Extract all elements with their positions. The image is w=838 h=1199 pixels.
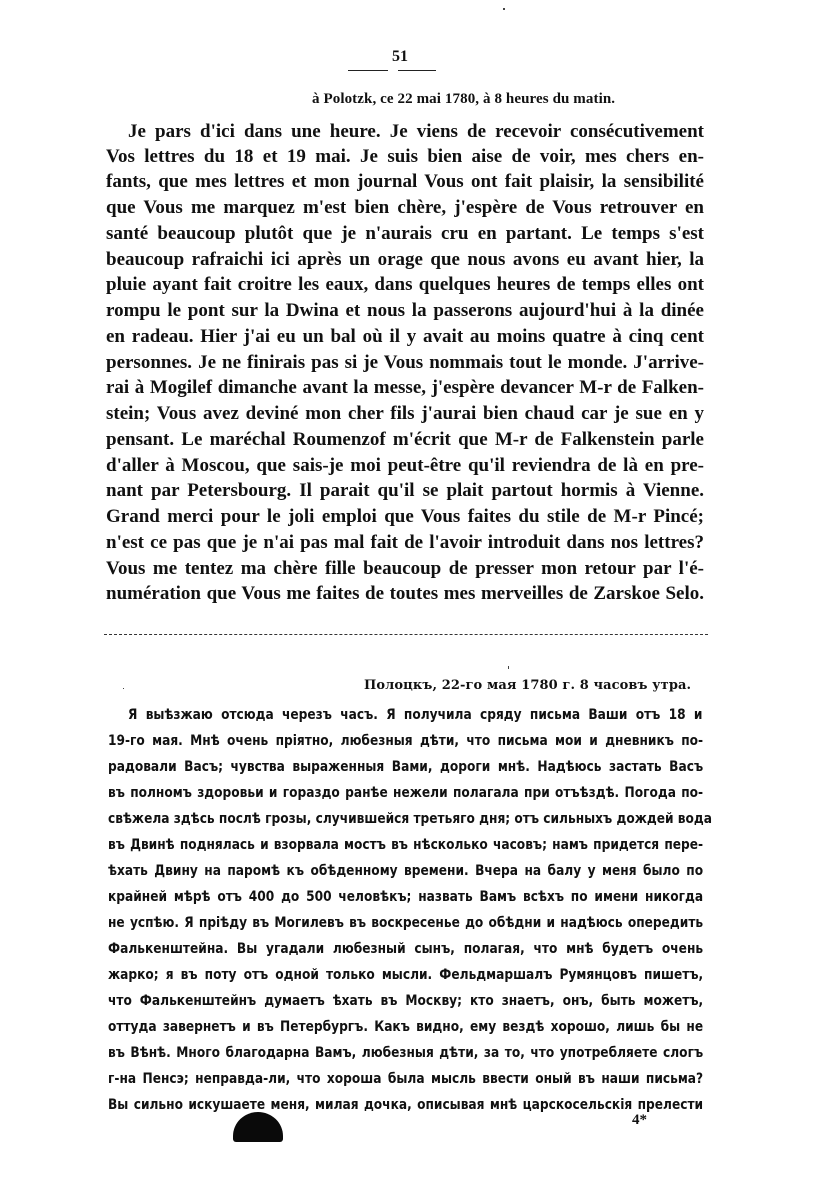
text-line: pensant. Le maréchal Roumenzof m'écrit q… — [106, 428, 704, 452]
stray-mark — [508, 666, 509, 669]
text-line: rai à Mogilef dimanche avant la messe, j… — [106, 376, 704, 400]
french-dateline: à Polotzk, ce 22 mai 1780, à 8 heures du… — [312, 91, 615, 108]
text-line: не успѣю. Я пріѣду въ Могилевъ въ воскре… — [108, 912, 703, 934]
text-line: радовали Васъ; чувства выраженныя Вами, … — [108, 756, 703, 778]
text-line: Vous me tentez ma chère fille beaucoup d… — [106, 557, 704, 581]
text-line: personnes. Je ne finirais pas si je Vous… — [106, 351, 704, 375]
text-line: en radeau. Hier j'ai eu un bal où il y a… — [106, 325, 704, 349]
text-line: que Vous me marquez m'est bien chère, j'… — [106, 196, 704, 220]
text-line: n'est ce pas que je n'ai pas mal fait de… — [106, 531, 704, 555]
text-line: въ Двинѣ поднялась и взорвала мостъ въ н… — [108, 834, 703, 856]
section-divider — [104, 634, 708, 635]
text-line: d'aller à Moscou, que sais-je moi peut-ê… — [106, 454, 704, 478]
text-line: santé beaucoup plutôt que je n'aurais cr… — [106, 222, 704, 246]
text-line: что Фалькенштейнъ думаетъ ѣхать въ Москв… — [108, 990, 703, 1012]
text-line: крайней мѣрѣ отъ 400 до 500 человѣкъ; на… — [108, 886, 703, 908]
text-line: въ полномъ здоровьи и гораздо ранѣе неже… — [108, 782, 703, 804]
text-line: Je pars d'ici dans une heure. Je viens d… — [128, 120, 704, 144]
book-page: 51 à Polotzk, ce 22 mai 1780, à 8 heures… — [0, 0, 838, 1199]
text-line: свѣжела здѣсь послѣ грозы, случившейся т… — [108, 808, 703, 830]
text-line: fants, que mes lettres et mon journal Vo… — [106, 170, 704, 194]
text-line: въ Вѣнѣ. Много благодарна Вамъ, любезныя… — [108, 1042, 703, 1064]
text-line: жарко; я въ поту отъ одной только мысли.… — [108, 964, 703, 986]
page-number-rule-right — [398, 70, 436, 71]
page-number: 51 — [370, 48, 430, 66]
text-line: pluie ayant fait croitre les eaux, dans … — [106, 273, 704, 297]
sheet-signature-mark: 4* — [632, 1112, 647, 1129]
russian-dateline: Полоцкъ, 22-го мая 1780 г. 8 часовъ утра… — [364, 678, 691, 693]
text-line: nant par Petersbourg. Il parait qu'il se… — [106, 479, 704, 503]
ink-blot — [233, 1112, 283, 1142]
text-line: Я выѣзжаю отсюда черезъ часъ. Я получила… — [128, 704, 702, 726]
text-line: Вы сильно искушаете меня, милая дочка, о… — [108, 1094, 703, 1116]
text-line: rompu le pont sur la Dwina et nous la pa… — [106, 299, 704, 323]
text-line: Vos lettres du 18 et 19 mai. Je suis bie… — [106, 145, 704, 169]
text-line: оттуда завернетъ и въ Петербургъ. Какъ в… — [108, 1016, 703, 1038]
text-line: ѣхать Двину на паромѣ къ обѣденному врем… — [108, 860, 703, 882]
text-line: Фалькенштейна. Вы угадали любезный сынъ,… — [108, 938, 703, 960]
text-line: stein; Vous avez deviné mon cher fils j'… — [106, 402, 704, 426]
stray-mark — [123, 688, 124, 689]
text-line: Grand merci pour le joli emploi que Vous… — [106, 505, 704, 529]
stray-mark — [503, 8, 505, 10]
text-line: 19-го мая. Мнѣ очень пріятно, любезныя д… — [108, 730, 703, 752]
text-line: numération que Vous me faites de toutes … — [106, 582, 704, 606]
page-number-rule-left — [348, 70, 388, 71]
text-line: г-на Пенсэ; неправда-ли, что хороша была… — [108, 1068, 703, 1090]
text-line: beaucoup rafraichi ici après un orage qu… — [106, 248, 704, 272]
